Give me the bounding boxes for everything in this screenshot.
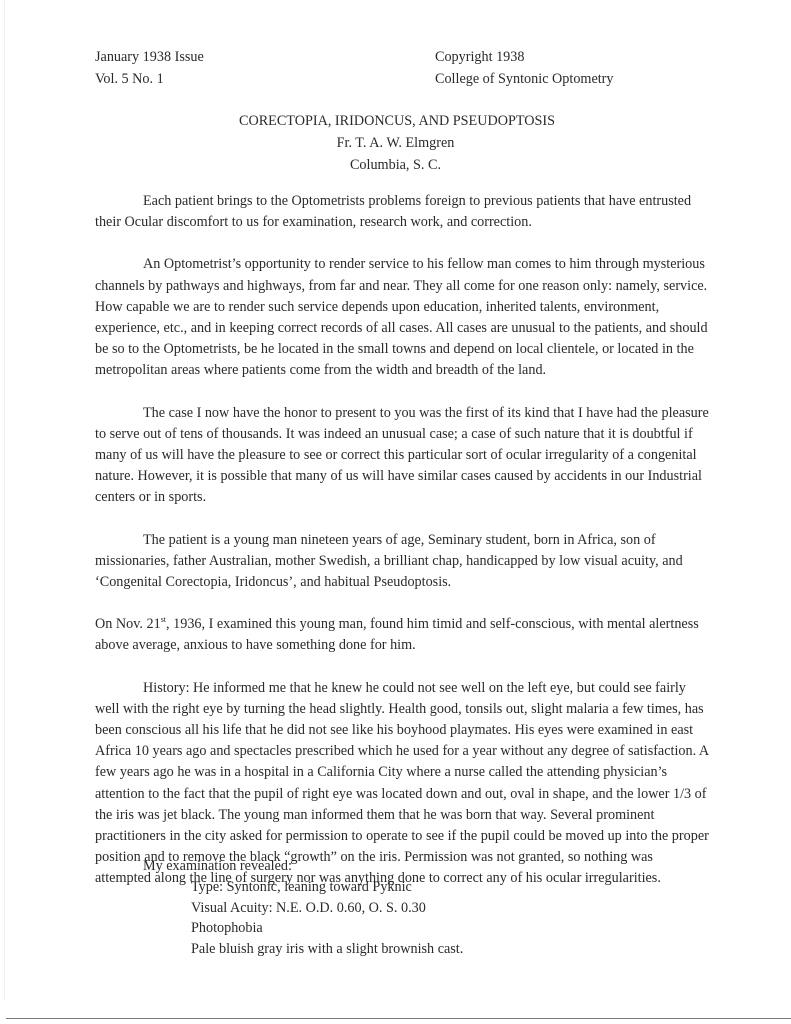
- paragraph-patient: The patient is a young man nineteen year…: [95, 530, 709, 594]
- exam-date-rest: , 1936, I examined this young man, found…: [95, 616, 699, 653]
- article-heading: CORECTOPIA, IRIDONCUS, AND PSEUDOPTOSIS …: [0, 110, 791, 176]
- paragraph-case: The case I now have the honor to present…: [95, 403, 709, 509]
- article-author: Fr. T. A. W. Elmgren: [0, 132, 791, 154]
- examination-heading: My examination revealed:: [143, 856, 463, 877]
- paragraph-opportunity: An Optometrist’s opportunity to render s…: [95, 254, 709, 381]
- issue-date: January 1938 Issue: [95, 46, 204, 68]
- examination-findings: My examination revealed: Type: Syntonic,…: [143, 856, 463, 960]
- article-location: Columbia, S. C.: [0, 154, 791, 176]
- finding-photophobia: Photophobia: [191, 918, 463, 939]
- finding-visual-acuity: Visual Acuity: N.E. O.D. 0.60, O. S. 0.3…: [191, 898, 463, 919]
- finding-type: Type: Syntonic, leaning toward Pyknic: [191, 877, 463, 898]
- article-body: Each patient brings to the Optometrists …: [95, 191, 709, 911]
- paragraph-exam-date: On Nov. 21st, 1936, I examined this youn…: [95, 614, 709, 656]
- page-bottom-rule: [6, 1018, 791, 1019]
- copyright-info: Copyright 1938 College of Syntonic Optom…: [435, 46, 614, 90]
- issue-info: January 1938 Issue Vol. 5 No. 1: [95, 46, 204, 90]
- volume-number: Vol. 5 No. 1: [95, 68, 204, 90]
- exam-date-lead: On Nov. 21: [95, 616, 161, 632]
- publisher-name: College of Syntonic Optometry: [435, 68, 614, 90]
- paragraph-intro: Each patient brings to the Optometrists …: [95, 191, 709, 233]
- document-page: January 1938 Issue Vol. 5 No. 1 Copyrigh…: [0, 0, 791, 1024]
- examination-list: Type: Syntonic, leaning toward Pyknic Vi…: [191, 877, 463, 960]
- finding-iris: Pale bluish gray iris with a slight brow…: [191, 939, 463, 960]
- copyright-year: Copyright 1938: [435, 46, 614, 68]
- article-title: CORECTOPIA, IRIDONCUS, AND PSEUDOPTOSIS: [0, 110, 791, 132]
